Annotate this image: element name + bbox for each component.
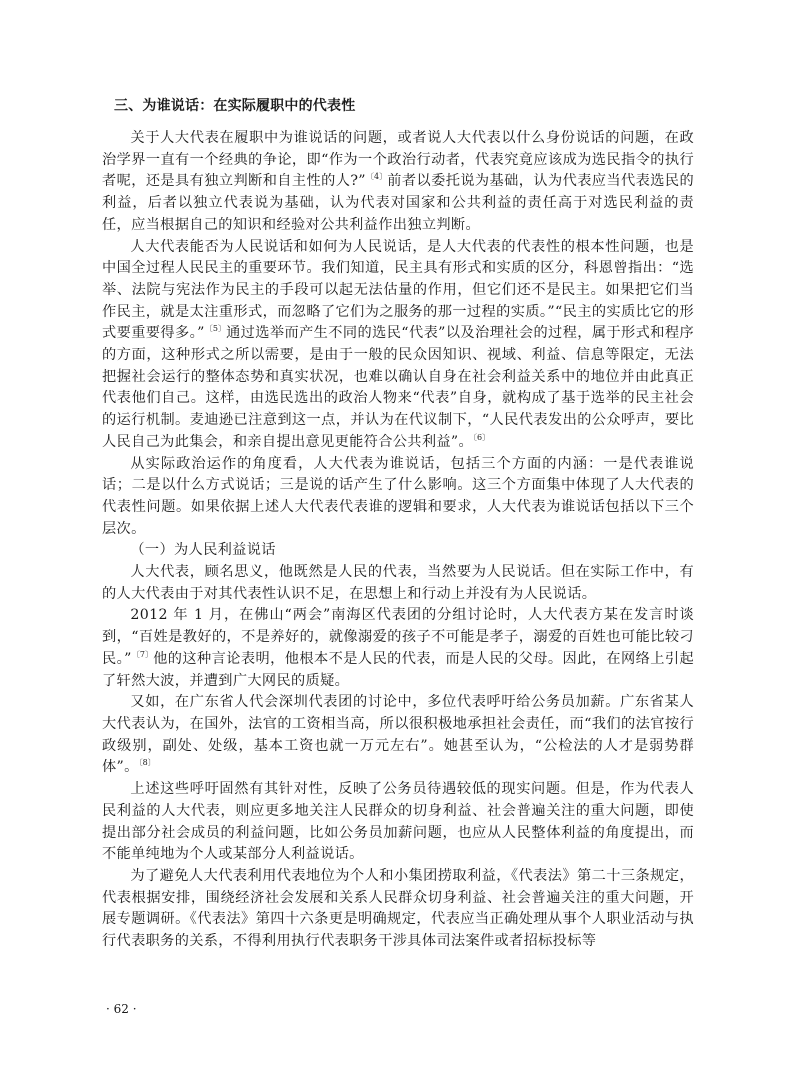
footnote-ref-8: 〔8〕 (139, 758, 156, 767)
paragraph-text: 上述这些呼吁固然有其针对性，反映了公务员待遇较低的现实问题。但是，作为代表人民利… (102, 781, 694, 862)
paragraph-text: 为了避免人大代表利用代表地位为个人和小集团捞取利益，《代表法》第二十三条规定，代… (102, 868, 694, 949)
paragraph-2: 人大代表能否为人民说话和如何为人民说话，是人大代表的代表性的根本性问题，也是中国… (102, 237, 694, 454)
paragraph-1: 关于人大代表在履职中为谁说话的问题，或者说人大代表以什么身份说话的问题，在政治学… (102, 128, 694, 237)
footnote-ref-6: 〔6〕 (473, 433, 490, 442)
paragraph-5: 2012 年 1 月，在佛山“两会”南海区代表团的分组讨论时，人大代表方某在发言… (102, 605, 694, 692)
paragraph-text: 又如，在广东省人代会深圳代表团的讨论中，多位代表呼吁给公务员加薪。广东省某人大代… (102, 694, 694, 775)
page-number: · 62 · (106, 1002, 137, 1016)
paragraph-text: 从实际政治运作的角度看，人大代表为谁说话，包括三个方面的内涵：一是代表谁说话；二… (102, 456, 694, 537)
paragraph-3: 从实际政治运作的角度看，人大代表为谁说话，包括三个方面的内涵：一是代表谁说话；二… (102, 454, 694, 541)
paragraph-6: 又如，在广东省人代会深圳代表团的讨论中，多位代表呼吁给公务员加薪。广东省某人大代… (102, 692, 694, 779)
paragraph-7: 上述这些呼吁固然有其针对性，反映了公务员待遇较低的现实问题。但是，作为代表人民利… (102, 779, 694, 866)
paragraph-text: 通过选举而产生不同的选民“代表”以及治理社会的过程，属于形式和程序的方面，这种形… (102, 325, 694, 450)
paragraph-text: 他的这种言论表明，他根本不是人民的代表，而是人民的父母。因此，在网络上引起了轩然… (102, 651, 694, 689)
subsection-heading: （一）为人民利益说话 (102, 540, 694, 562)
document-page: 三、为谁说话：在实际履职中的代表性 关于人大代表在履职中为谁说话的问题，或者说人… (102, 96, 694, 953)
footnote-ref-4: 〔4〕 (366, 172, 387, 181)
paragraph-4: 人大代表，顾名思义，他既然是人民的代表，当然要为人民说话。但在实际工作中，有的人… (102, 562, 694, 605)
paragraph-text: 人大代表，顾名思义，他既然是人民的代表，当然要为人民说话。但在实际工作中，有的人… (102, 564, 694, 602)
section-heading: 三、为谁说话：在实际履职中的代表性 (114, 96, 694, 116)
footnote-ref-5: 〔5〕 (205, 324, 226, 333)
paragraph-8: 为了避免人大代表利用代表地位为个人和小集团捞取利益，《代表法》第二十三条规定，代… (102, 866, 694, 953)
footnote-ref-7: 〔7〕 (132, 650, 153, 659)
